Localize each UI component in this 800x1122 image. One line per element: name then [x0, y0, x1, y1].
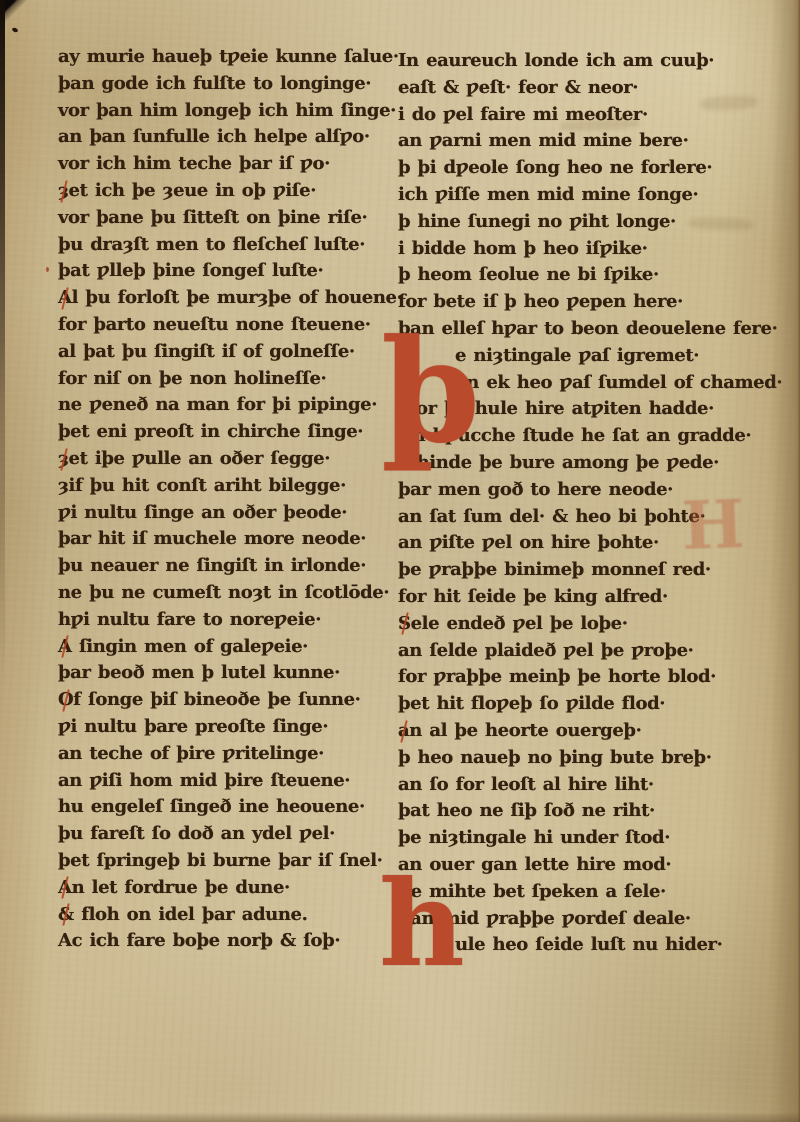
manuscript-line: vor þane þu ſitteſt on þine riſe· — [58, 205, 398, 232]
manuscript-line: hu engeleſ ſingeð ine heouene· — [58, 794, 398, 821]
manuscript-line: þat heo ne ſiþ ſoð ne riht· — [398, 798, 763, 825]
manuscript-line: an ƿarni men mid mine bere· — [398, 128, 763, 155]
manuscript-line: for ƿraþþe meinþ þe horte blod· — [398, 664, 763, 691]
manuscript-line: ich ƿiſſe men mid mine ſonge· — [398, 182, 763, 209]
rubricated-initial-thorn: þ — [381, 337, 480, 448]
manuscript-line: þu fareſt ſo doð an ydel ƿel· — [58, 821, 398, 848]
manuscript-line: A ſingin men of galeƿeie· — [58, 634, 398, 661]
manuscript-line: ȝet ich þe ȝeue in oþ ƿiſe· — [58, 178, 398, 205]
manuscript-line: þ hine ſunegi no ƿiht longe· — [398, 209, 763, 236]
red-touched-capital: a — [398, 718, 409, 745]
manuscript-line: for þarto neueſtu none ſteuene· — [58, 312, 398, 339]
manuscript-line: þet hit floƿeþ ſo ƿilde flod· — [398, 691, 763, 718]
manuscript-line: an ƿiſi hom mid þire ſteuene· — [58, 768, 398, 795]
manuscript-line: þ þi dƿeole ſong heo ne forlere· — [398, 155, 763, 182]
manuscript-line: ay murie haueþ tƿeie kunne ſalue· — [58, 44, 398, 71]
manuscript-line: an al þe heorte ouergeþ· — [398, 718, 763, 745]
manuscript-line: hƿi nultu fare to noreƿeie· — [58, 607, 398, 634]
red-touched-capital: ȝ — [58, 446, 69, 473]
manuscript-line: an teche of þire ƿritelinge· — [58, 741, 398, 768]
manuscript-line: þe niȝtingale hi under ſtod· — [398, 825, 763, 852]
manuscript-line: þet eni preoſt in chirche ſinge· — [58, 419, 398, 446]
manuscript-line: al þat þu ſingiſt iſ of golneſſe· — [58, 339, 398, 366]
text-column-left: ay murie haueþ tƿeie kunne ſalue·þan god… — [58, 44, 398, 955]
manuscript-line: Of ſonge þiſ bineoðe þe ſunne· — [58, 687, 398, 714]
manuscript-line: for hit ſeide þe king alfred· — [398, 584, 763, 611]
manuscript-line: an ſo for leoſt al hire liht· — [398, 772, 763, 799]
manuscript-line: þu neauer ne ſingiſt in irlonde· — [58, 553, 398, 580]
red-touched-capital: O — [58, 687, 73, 714]
manuscript-line: In eaureuch londe ich am cuuþ· — [398, 48, 763, 75]
manuscript-line: þet ſpringeþ bi burne þar iſ ſnel· — [58, 848, 398, 875]
manuscript-line: þ heo naueþ no þing bute breþ· — [398, 745, 763, 772]
manuscript-line: ƿi nultu þare preoſte ſinge· — [58, 714, 398, 741]
manuscript-line: ƿi nultu ſinge an oðer þeode· — [58, 500, 398, 527]
offset-initial-ghost: H — [681, 491, 746, 559]
manuscript-line: þan gode ich fulſte to longinge· — [58, 71, 398, 98]
red-touched-capital: A — [58, 285, 72, 312]
ink-speck — [46, 267, 49, 272]
red-touched-capital: & — [58, 902, 74, 929]
page-edge-left — [0, 0, 5, 760]
manuscript-line: þar beoð men þ lutel kunne· — [58, 660, 398, 687]
manuscript-line: an ſelde plaideð ƿel þe ƿroþe· — [398, 638, 763, 665]
red-touched-capital: ȝ — [58, 178, 69, 205]
manuscript-line: þu draȝſt men to fleſcheſ luſte· — [58, 232, 398, 259]
manuscript-line: i bidde hom þ heo iſƿike· — [398, 236, 763, 263]
manuscript-line: eaſt & ƿeſt· feor & neor· — [398, 75, 763, 102]
manuscript-line: þ heom ſeolue ne bi ſƿike· — [398, 262, 763, 289]
manuscript-line: vor ich him teche þar iſ ƿo· — [58, 151, 398, 178]
red-touched-capital: A — [58, 875, 72, 902]
manuscript-line: Al þu forloſt þe murȝþe of houene· — [58, 285, 398, 312]
rubricated-initial-h: h — [379, 878, 465, 970]
manuscript-line: Sele endeð ƿel þe loþe· — [398, 611, 763, 638]
manuscript-line: þat ƿlleþ þine ſongeſ luſte· — [58, 258, 398, 285]
page-edge-right — [770, 0, 800, 1122]
manuscript-page: ay murie haueþ tƿeie kunne ſalue·þan god… — [0, 0, 800, 1122]
red-touched-capital: S — [398, 611, 411, 638]
page-corner-shadow — [0, 0, 42, 34]
manuscript-line: þar hit iſ muchele more neode· — [58, 526, 398, 553]
manuscript-line: for niſ on þe non holineſſe· — [58, 366, 398, 393]
manuscript-line: an þan ſunfulle ich helpe alſƿo· — [58, 124, 398, 151]
manuscript-line: Ac ich fare boþe norþ & ſoþ· — [58, 928, 398, 955]
manuscript-line: ȝet iþe ƿulle an oðer ſegge· — [58, 446, 398, 473]
manuscript-line: ȝif þu hit conſt ariht bilegge· — [58, 473, 398, 500]
manuscript-line: ne ƿeneð na man for þi pipinge· — [58, 392, 398, 419]
manuscript-line: vor þan him longeþ ich him ſinge· — [58, 98, 398, 125]
manuscript-line: i do ƿel faire mi meoſter· — [398, 102, 763, 129]
manuscript-line: & floh on idel þar adune. — [58, 902, 398, 929]
red-touched-capital: A — [58, 634, 72, 661]
manuscript-line: ne þu ne cumeſt noȝt in ſcotlōde· — [58, 580, 398, 607]
manuscript-line: An let fordrue þe dune· — [58, 875, 398, 902]
page-edge-bottom — [0, 1112, 800, 1122]
